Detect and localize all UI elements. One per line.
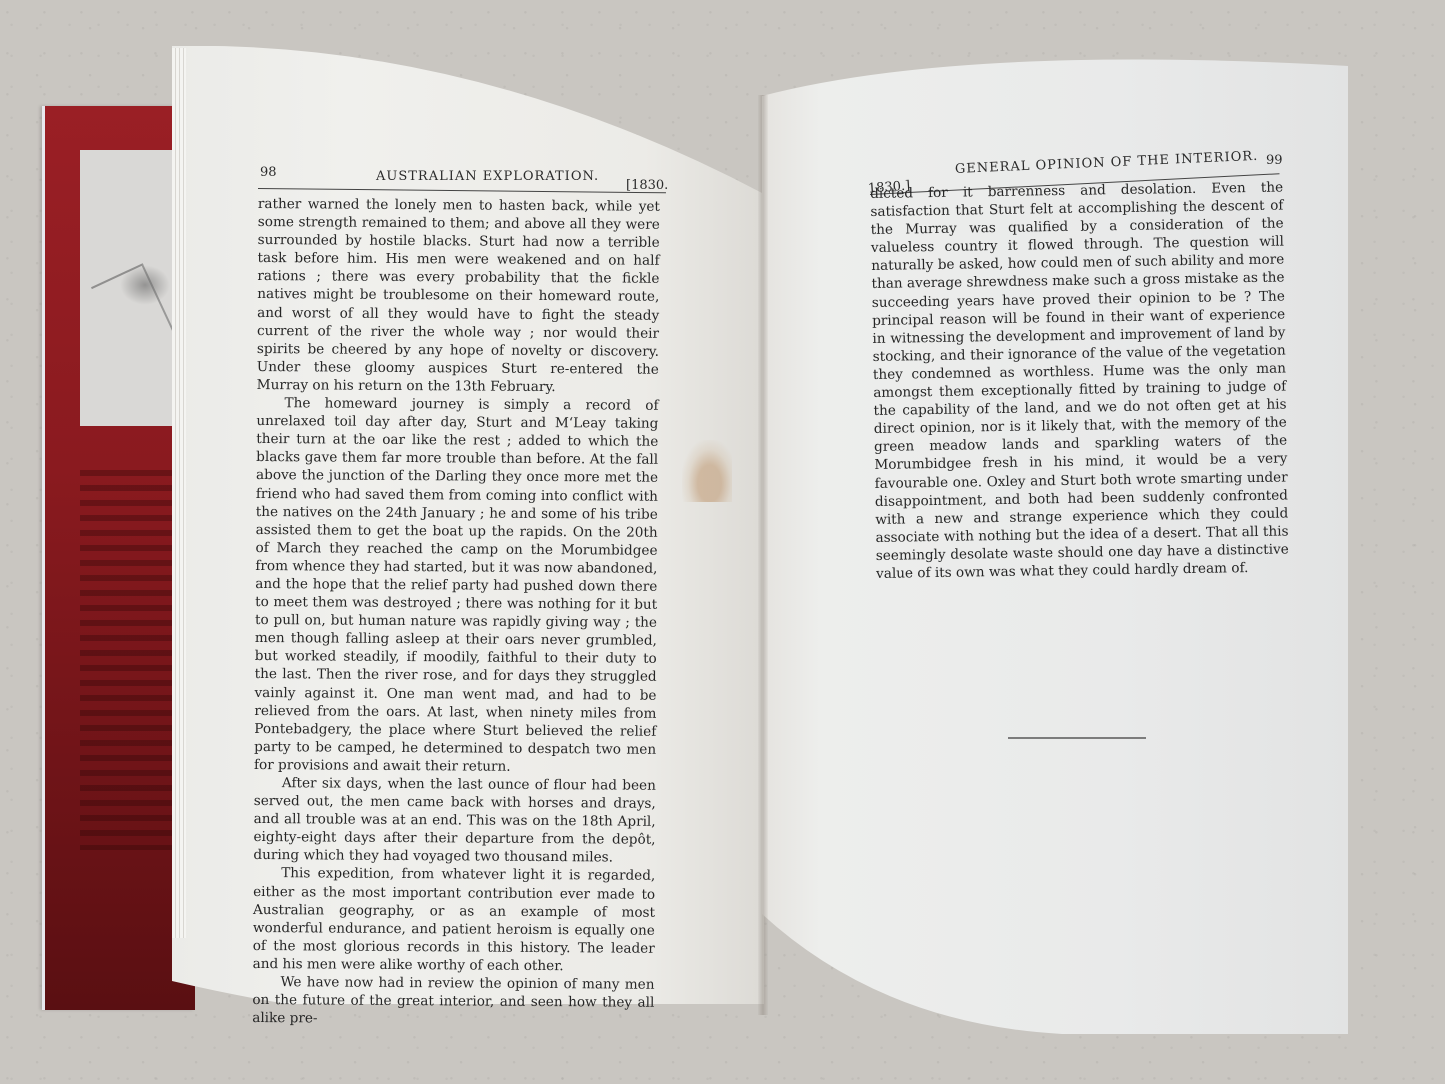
paragraph: We have now had in review the opinion of… (252, 973, 654, 1030)
left-running-title: AUSTRALIAN EXPLORATION. (376, 169, 599, 184)
page-block-edges (172, 48, 186, 938)
left-page-number: 98 (260, 165, 277, 180)
left-page-body: rather warned the lonely men to hasten b… (252, 195, 660, 1030)
paragraph: The homeward journey is simply a record … (254, 394, 659, 777)
left-year-marker: [1830. (626, 178, 668, 193)
paragraph: dicted for it barrenness and desolation.… (870, 179, 1289, 584)
paragraph: This expedition, from whatever light it … (253, 864, 656, 975)
right-page-number: 99 (1266, 153, 1283, 168)
paper-stain (682, 440, 732, 502)
paragraph: rather warned the lonely men to hasten b… (257, 195, 660, 397)
right-page-body: dicted for it barrenness and desolation.… (870, 179, 1289, 584)
chapter-end-rule (1008, 737, 1146, 739)
book-gutter (758, 95, 768, 1015)
paragraph: After six days, when the last ounce of f… (253, 774, 656, 867)
